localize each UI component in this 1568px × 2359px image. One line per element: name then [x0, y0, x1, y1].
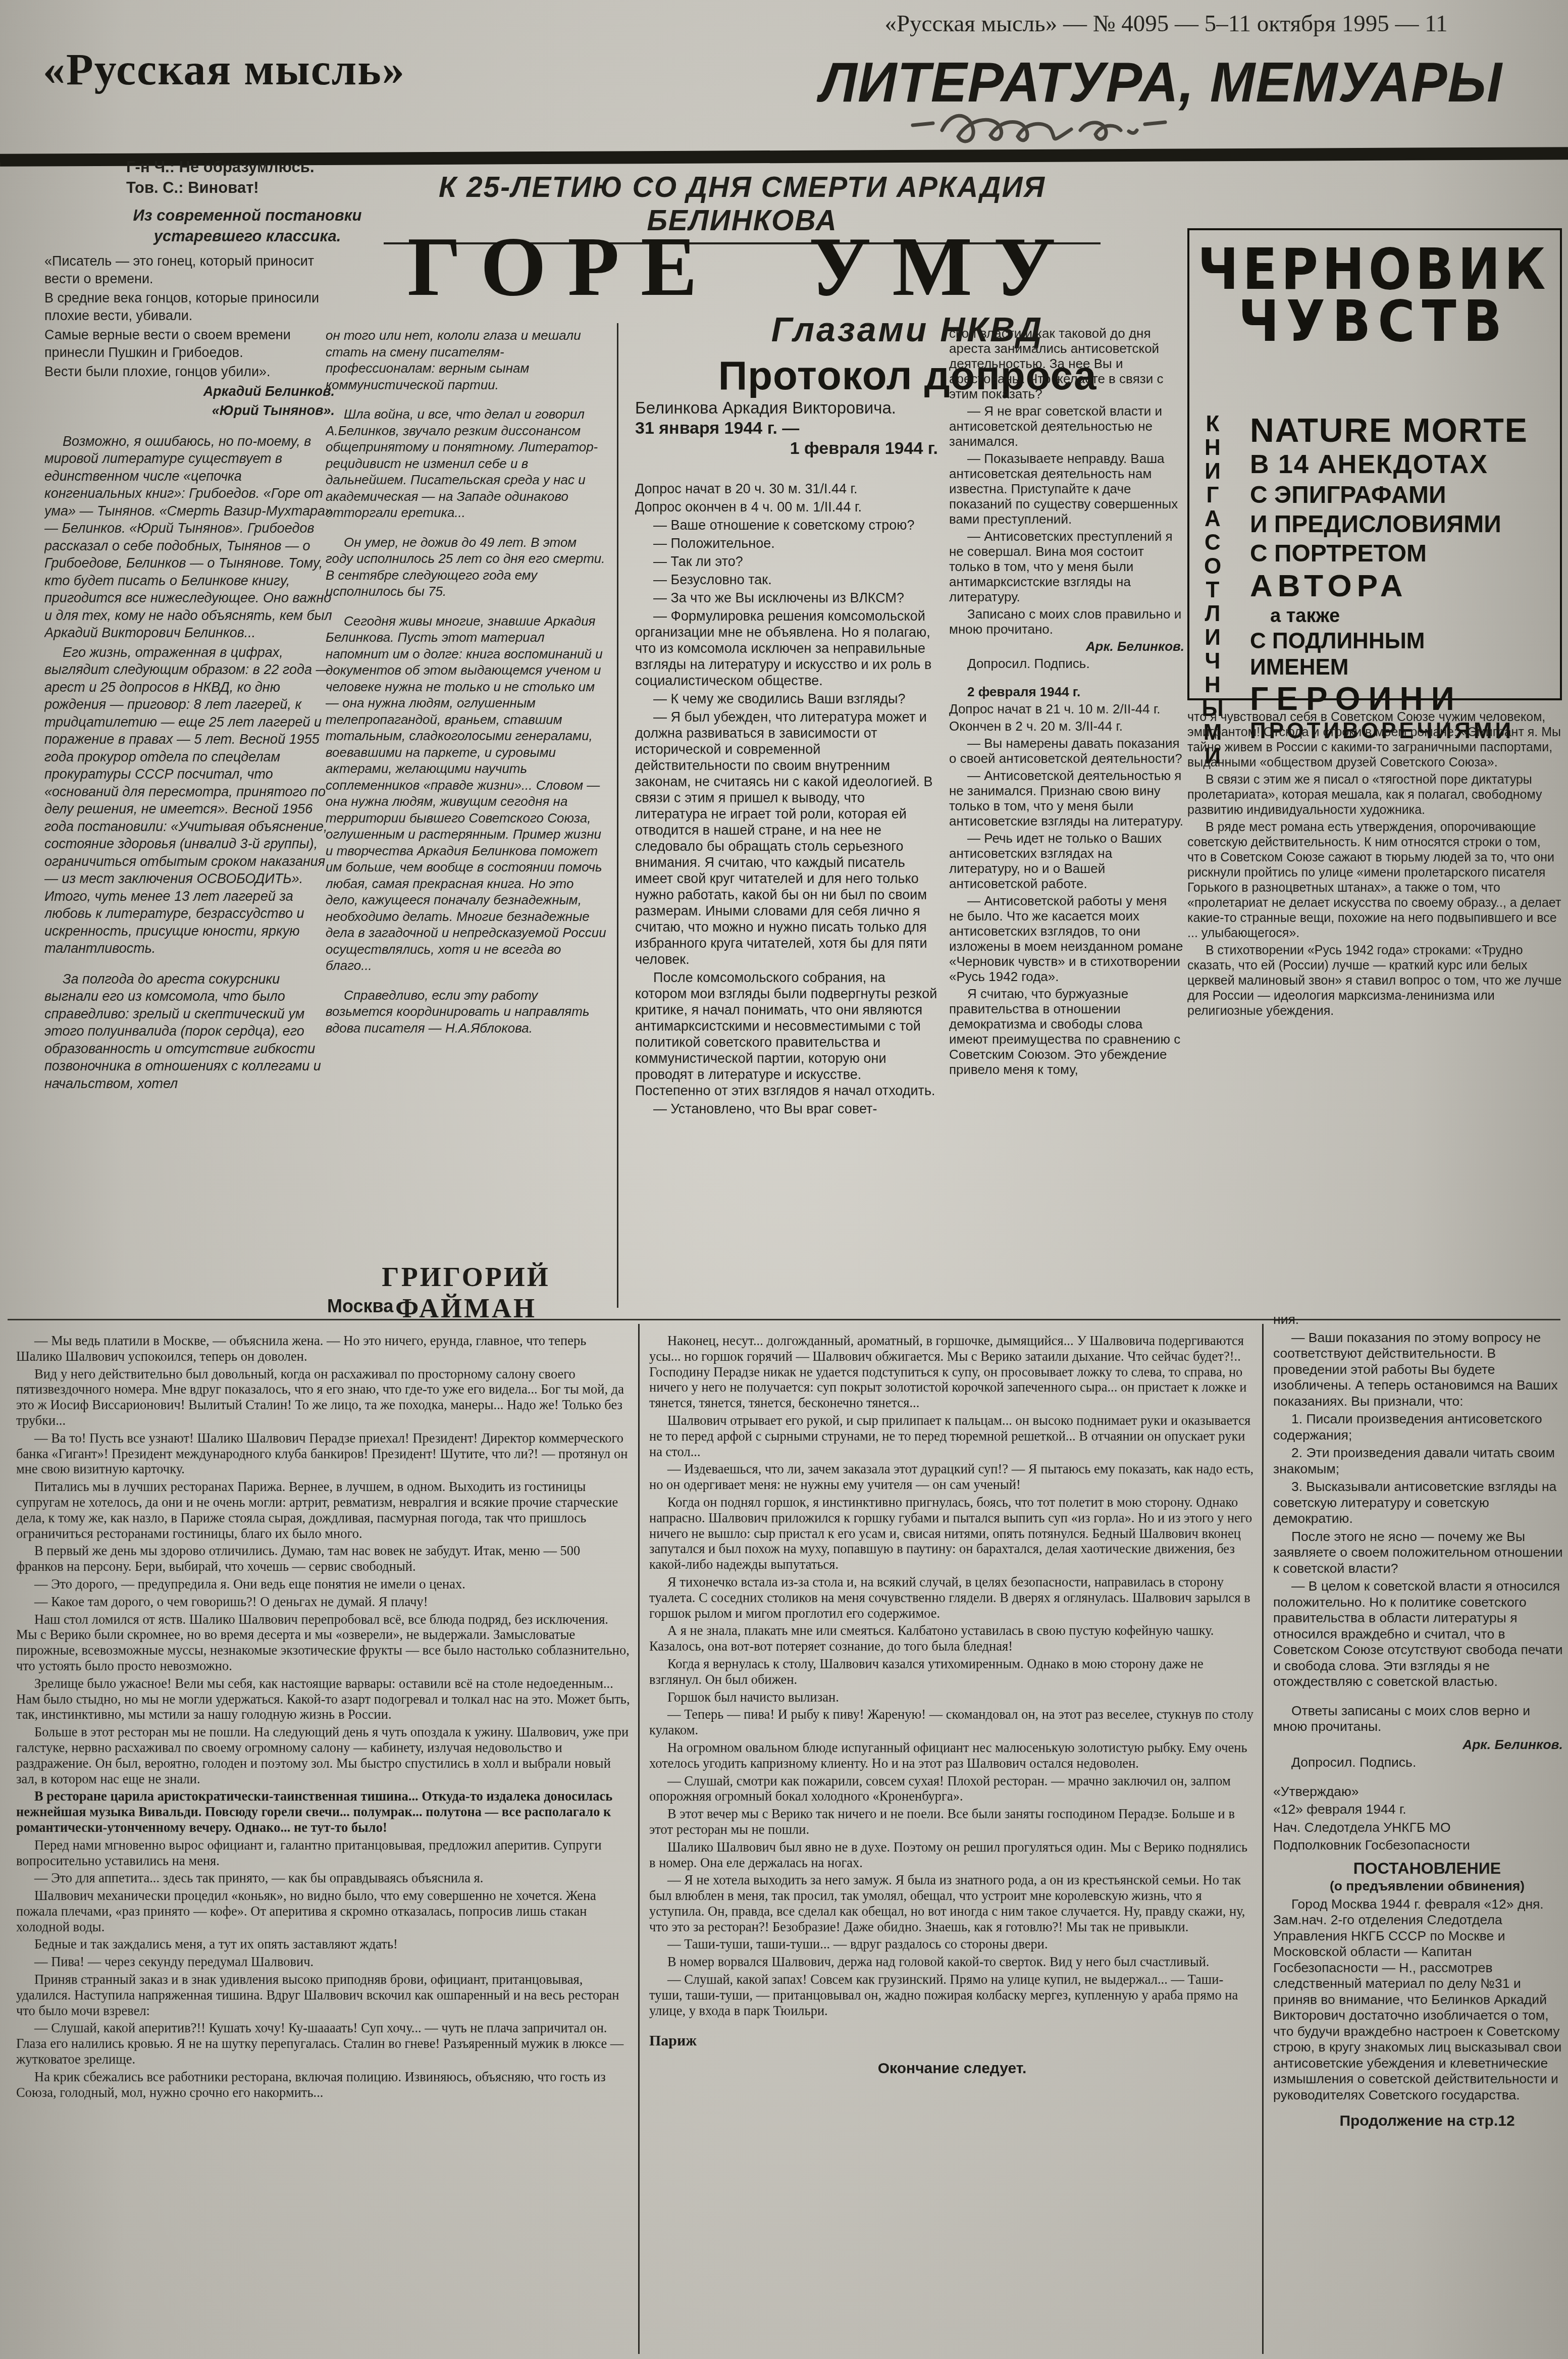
- paragraph: — Слушай, какой запах! Совсем как грузин…: [649, 1972, 1255, 2018]
- paragraph: «Писатель — это гонец, который приносит …: [44, 252, 335, 287]
- protocol-date-from: 31 января 1944 г. —: [635, 418, 938, 438]
- paragraph: Записано с моих слов правильно и мною пр…: [949, 606, 1184, 637]
- paragraph: Арк. Белинков.: [949, 639, 1184, 654]
- paragraph: А я не знала, плакать мне или смеяться. …: [649, 1623, 1255, 1654]
- paragraph: Шалвович отрывает его рукой, и сыр прили…: [649, 1413, 1255, 1459]
- paragraph: — Установлено, что Вы враг совет-: [635, 1101, 938, 1117]
- masthead: «Русская мысль»: [43, 44, 405, 95]
- paragraph: — Пива! — через секунду передумал Шалвов…: [16, 1954, 630, 1970]
- vertical-letter: О: [1197, 554, 1228, 578]
- paragraph: С ПОДЛИННЫМ: [1232, 628, 1550, 654]
- paragraph: Допрос начат в 20 ч. 30 м. 31/I.44 г.: [635, 481, 938, 497]
- paragraph: «12» февраля 1944 г.: [1273, 1802, 1563, 1818]
- resolution-subtitle: (о предъявлении обвинения): [1273, 1878, 1563, 1894]
- paragraph: Арк. Белинков.: [1273, 1737, 1563, 1753]
- paragraph: В ряде мест романа есть утверждения, опо…: [1187, 819, 1562, 941]
- paragraph: И ПРЕДИСЛОВИЯМИ: [1232, 510, 1550, 539]
- paragraph: а также: [1232, 604, 1550, 628]
- paragraph: Когда он поднял горшок, я инстинктивно п…: [649, 1495, 1255, 1572]
- paragraph: — Ваши показания по этому вопросу не соо…: [1273, 1330, 1563, 1410]
- chernovik-chuvstv-box: ЧЕРНОВИК ЧУВСТВ КНИГАСОТЛИЧНЫМИ NATURE M…: [1187, 228, 1562, 700]
- byline-location: Москва: [327, 1296, 608, 1317]
- paragraph: — За что же Вы исключены из ВЛКСМ?: [635, 590, 938, 606]
- vertical-letter: И: [1197, 626, 1228, 649]
- protocol-column-2: ской власти и как таковой до дня ареста …: [949, 326, 1184, 1308]
- paragraph: — Антисоветской деятельностью я не заним…: [949, 768, 1184, 829]
- paragraph: Наш стол ломился от яств. Шалико Шалвови…: [16, 1612, 630, 1674]
- article-column-2: он того или нет, кололи глаза и мешали с…: [326, 327, 606, 1261]
- column-rule: [617, 323, 618, 1308]
- vertical-letter: К: [1197, 412, 1228, 436]
- protocol-end: ния.— Ваши показания по этому вопросу не…: [1273, 1312, 1563, 1854]
- epigraph-source: Из современной постановки устаревшего кл…: [126, 205, 369, 246]
- paragraph: Приняв странный заказ и в знак удивления…: [16, 1972, 630, 2018]
- newspaper-page: «Русская мысль» «Русская мысль» — № 4095…: [0, 0, 1568, 2359]
- vertical-letter: Г: [1197, 483, 1228, 507]
- handwritten-note: [909, 99, 1191, 152]
- book-title: ЧЕРНОВИК ЧУВСТВ: [1197, 243, 1550, 347]
- epigraph-line: Г-н Ч.: Не образумлюсь.: [126, 157, 409, 177]
- epigraph-line: Тов. С.: Виноват!: [126, 177, 409, 198]
- paragraph: Допрос окончен в 4 ч. 00 м. 1/II.44 г.: [635, 499, 938, 515]
- paragraph: — Положительное.: [635, 535, 938, 551]
- paragraph: Горшок был начисто вылизан.: [649, 1689, 1255, 1705]
- memoir-column-1: — Мы ведь платили в Москве, — объяснила …: [16, 1333, 630, 2354]
- paragraph: — Теперь — пива! И рыбу к пиву! Жареную!…: [649, 1707, 1255, 1738]
- paragraph: — Это для аппетита... здесь так принято,…: [16, 1870, 630, 1886]
- protocol-column-1: Допрос начат в 20 ч. 30 м. 31/I.44 г.Доп…: [635, 481, 938, 1314]
- paragraph: Вести были плохие, гонцов убили».: [44, 363, 335, 381]
- paragraph: В стихотворении «Русь 1942 года» строкам…: [1187, 943, 1562, 1018]
- column-rule: [1262, 1324, 1264, 2354]
- paragraph: — В целом к советской власти я относился…: [1273, 1578, 1563, 1690]
- paragraph: ской власти и как таковой до дня ареста …: [949, 326, 1184, 401]
- dateline: Париж: [649, 2033, 1255, 2049]
- paragraph: В ресторане царила аристократически-таин…: [16, 1788, 630, 1835]
- vertical-letter: Т: [1197, 578, 1228, 602]
- paragraph: В связи с этим же я писал о «тягостной п…: [1187, 772, 1562, 817]
- paragraph: — Мы ведь платили в Москве, — объяснила …: [16, 1333, 630, 1364]
- paragraph: Шалвович механически процедил «коньяк», …: [16, 1888, 630, 1934]
- paragraph: Шалико Шалвович был явно не в духе. Поэт…: [649, 1839, 1255, 1871]
- paragraph: — Я был убежден, что литература может и …: [635, 709, 938, 967]
- intro-block: Возможно, я ошибаюсь, но по-моему, в мир…: [44, 433, 335, 1093]
- column-rule: [638, 1324, 640, 2354]
- paragraph: — Антисоветских преступлений я не соверш…: [949, 529, 1184, 604]
- paragraph: Нач. Следотдела УНКГБ МО: [1273, 1820, 1563, 1836]
- paragraph: — Я не хотела выходить за него замуж. Я …: [649, 1872, 1255, 1934]
- paragraph: — Безусловно так.: [635, 572, 938, 588]
- paragraph: — Так ли это?: [635, 553, 938, 570]
- protocol-subject: Белинкова Аркадия Викторовича.: [635, 398, 938, 418]
- resolution-title: ПОСТАНОВЛЕНИЕ: [1273, 1861, 1563, 1877]
- protocol-column-3: что я чувствовал себя в Советском Союзе …: [1187, 709, 1562, 1313]
- paragraph: С ЭПИГРАФАМИ: [1232, 481, 1550, 510]
- paragraph: Я тихонечко встала из-за стола и, на вся…: [649, 1574, 1255, 1621]
- paragraph: Шла война, и все, что делал и говорил А.…: [326, 406, 606, 521]
- paragraph: Самые верные вести о своем времени прине…: [44, 326, 335, 361]
- vertical-letter: А: [1197, 507, 1228, 531]
- paragraph: NATURE MORTE: [1232, 412, 1550, 448]
- paragraph: — Это дорого, — предупредила я. Они ведь…: [16, 1576, 630, 1592]
- paragraph: — Формулировка решения комсомольской орг…: [635, 608, 938, 689]
- paragraph: — Антисоветской работы у меня не было. Ч…: [949, 893, 1184, 984]
- paragraph: Аркадий Белинков.: [44, 383, 335, 400]
- paragraph: — Ва то! Пусть все узнают! Шалико Шалвов…: [16, 1430, 630, 1477]
- paragraph: Его жизнь, отраженная в цифрах, выглядит…: [44, 644, 335, 957]
- paragraph: Больше в этот ресторан мы не пошли. На с…: [16, 1724, 630, 1786]
- paragraph: После комсомольского собрания, на которо…: [635, 969, 938, 1099]
- paragraph: Бедные и так заждались меня, а тут их оп…: [16, 1936, 630, 1952]
- paragraph: Допросил. Подпись.: [1273, 1755, 1563, 1771]
- paragraph: 3. Высказывали антисоветские взгляды на …: [1273, 1479, 1563, 1527]
- vertical-letter: Ч: [1197, 649, 1228, 673]
- paragraph: Справедливо, если эту работу возьмется к…: [326, 987, 606, 1037]
- continuation-note: Продолжение на стр.12: [1273, 2113, 1563, 2129]
- paragraph: — Речь идет не только о Ваших антисоветс…: [949, 831, 1184, 891]
- vertical-letter: Л: [1197, 602, 1228, 626]
- paragraph: Возможно, я ошибаюсь, но по-моему, в мир…: [44, 433, 335, 642]
- paragraph: ния.: [1273, 1312, 1563, 1328]
- vertical-letter: С: [1197, 531, 1228, 554]
- paragraph: что я чувствовал себя в Советском Союзе …: [1187, 709, 1562, 770]
- paragraph: — Таши-туши, таши-туши... — вдруг раздал…: [649, 1936, 1255, 1952]
- paragraph: «Юрий Тынянов».: [44, 402, 335, 420]
- paragraph: 2. Эти произведения давали читать своим …: [1273, 1445, 1563, 1477]
- memoir-column-2: Наконец, несут... долгожданный, ароматны…: [649, 1333, 1255, 2354]
- paragraph: — Слушай, какой аперитив?!! Кушать хочу!…: [16, 2020, 630, 2067]
- protocol-date-to: 1 февраля 1944 г.: [635, 438, 938, 458]
- paragraph: Город Москва 1944 г. февраля «12» дня. З…: [1273, 1896, 1563, 2104]
- paragraph: В номер ворвался Шалвович, держа над гол…: [649, 1954, 1255, 1970]
- article-column-1: «Писатель — это гонец, который приносит …: [44, 252, 335, 1313]
- paragraph: — Издеваешься, что ли, зачем заказала эт…: [649, 1461, 1255, 1493]
- vertical-letter: И: [1197, 459, 1228, 483]
- vertical-letter: Н: [1197, 436, 1228, 459]
- paragraph: После этого не ясно — почему же Вы заявл…: [1273, 1529, 1563, 1577]
- paragraph: Окончен в 2 ч. 20 м. 3/II-44 г.: [949, 719, 1184, 734]
- paragraph: В 14 АНЕКДОТАХ: [1232, 448, 1550, 481]
- protocol-column-4: ния.— Ваши показания по этому вопросу не…: [1273, 1312, 1563, 2353]
- paragraph: 1. Писали произведения антисоветского со…: [1273, 1411, 1563, 1443]
- paragraph: За полгода до ареста сокурсники выгнали …: [44, 970, 335, 1093]
- paragraph: В этот вечер мы с Верико так ничего и не…: [649, 1806, 1255, 1837]
- paragraph: Питались мы в лучших ресторанах Парижа. …: [16, 1479, 630, 1541]
- paragraph: — Какое там дорого, о чем говоришь?! О д…: [16, 1594, 630, 1610]
- paragraph: — Я не враг советской власти и антисовет…: [949, 403, 1184, 449]
- paragraph: На огромном овальном блюде испуганный оф…: [649, 1740, 1255, 1771]
- paragraph: Допрос начат в 21 ч. 10 м. 2/II-44 г.: [949, 701, 1184, 716]
- paragraph: Когда я вернулась к столу, Шалвович каза…: [649, 1656, 1255, 1687]
- page-title: ГОРЕ УМУ: [353, 218, 1131, 316]
- paragraph: — Показываете неправду. Ваша антисоветск…: [949, 451, 1184, 527]
- paragraph: В первый же день мы здорово отличились. …: [16, 1543, 630, 1574]
- paragraph: — К чему же сводились Ваши взгляды?: [635, 691, 938, 707]
- paragraph: АВТОРА: [1232, 569, 1550, 604]
- paragraph: Подполковник Госбезопасности: [1273, 1837, 1563, 1854]
- paragraph: «Утверждаю»: [1273, 1784, 1563, 1800]
- issue-info: «Русская мысль» — № 4095 — 5–11 октября …: [772, 10, 1560, 37]
- paragraph: Сегодня живы многие, знавшие Аркадия Бел…: [326, 613, 606, 974]
- paragraph: — Вы намерены давать показания о своей а…: [949, 736, 1184, 766]
- quote-block: «Писатель — это гонец, который приносит …: [44, 252, 335, 420]
- paragraph: — Слушай, смотри как пожарили, совсем су…: [649, 1773, 1255, 1805]
- paragraph: ИМЕНЕМ: [1232, 654, 1550, 681]
- protocol-subject-block: Белинкова Аркадия Викторовича. 31 января…: [635, 398, 938, 458]
- paragraph: он того или нет, кололи глаза и мешали с…: [326, 327, 606, 393]
- paragraph: Допросил. Подпись.: [949, 656, 1184, 671]
- paragraph: Перед нами мгновенно вырос официант и, г…: [16, 1837, 630, 1869]
- vertical-letter: Н: [1197, 673, 1228, 697]
- book-title-line: ЧУВСТВ: [1197, 295, 1550, 347]
- paragraph: Он умер, не дожив до 49 лет. В этом году…: [326, 534, 606, 600]
- paragraph: Ответы записаны с моих слов верно и мною…: [1273, 1703, 1563, 1735]
- paragraph: На крик сбежались все работники ресторан…: [16, 2069, 630, 2100]
- paragraph: Я считаю, что буржуазные правительства в…: [949, 986, 1184, 1077]
- paragraph: — Ваше отношение к советскому строю?: [635, 517, 938, 533]
- to-be-continued: Окончание следует.: [649, 2061, 1255, 2077]
- paragraph: 2 февраля 1944 г.: [949, 684, 1184, 699]
- memoir-paragraphs: Наконец, несут... долгожданный, ароматны…: [649, 1333, 1255, 2018]
- paragraph: В средние века гонцов, которые приносили…: [44, 289, 335, 324]
- paragraph: Зрелище было ужасное! Вели мы себя, как …: [16, 1676, 630, 1722]
- paragraph: Наконец, несут... долгожданный, ароматны…: [649, 1333, 1255, 1411]
- paragraph: С ПОРТРЕТОМ: [1232, 539, 1550, 569]
- resolution-body: Город Москва 1944 г. февраля «12» дня. З…: [1273, 1896, 1563, 2104]
- paragraph: Вид у него действительно был довольный, …: [16, 1366, 630, 1428]
